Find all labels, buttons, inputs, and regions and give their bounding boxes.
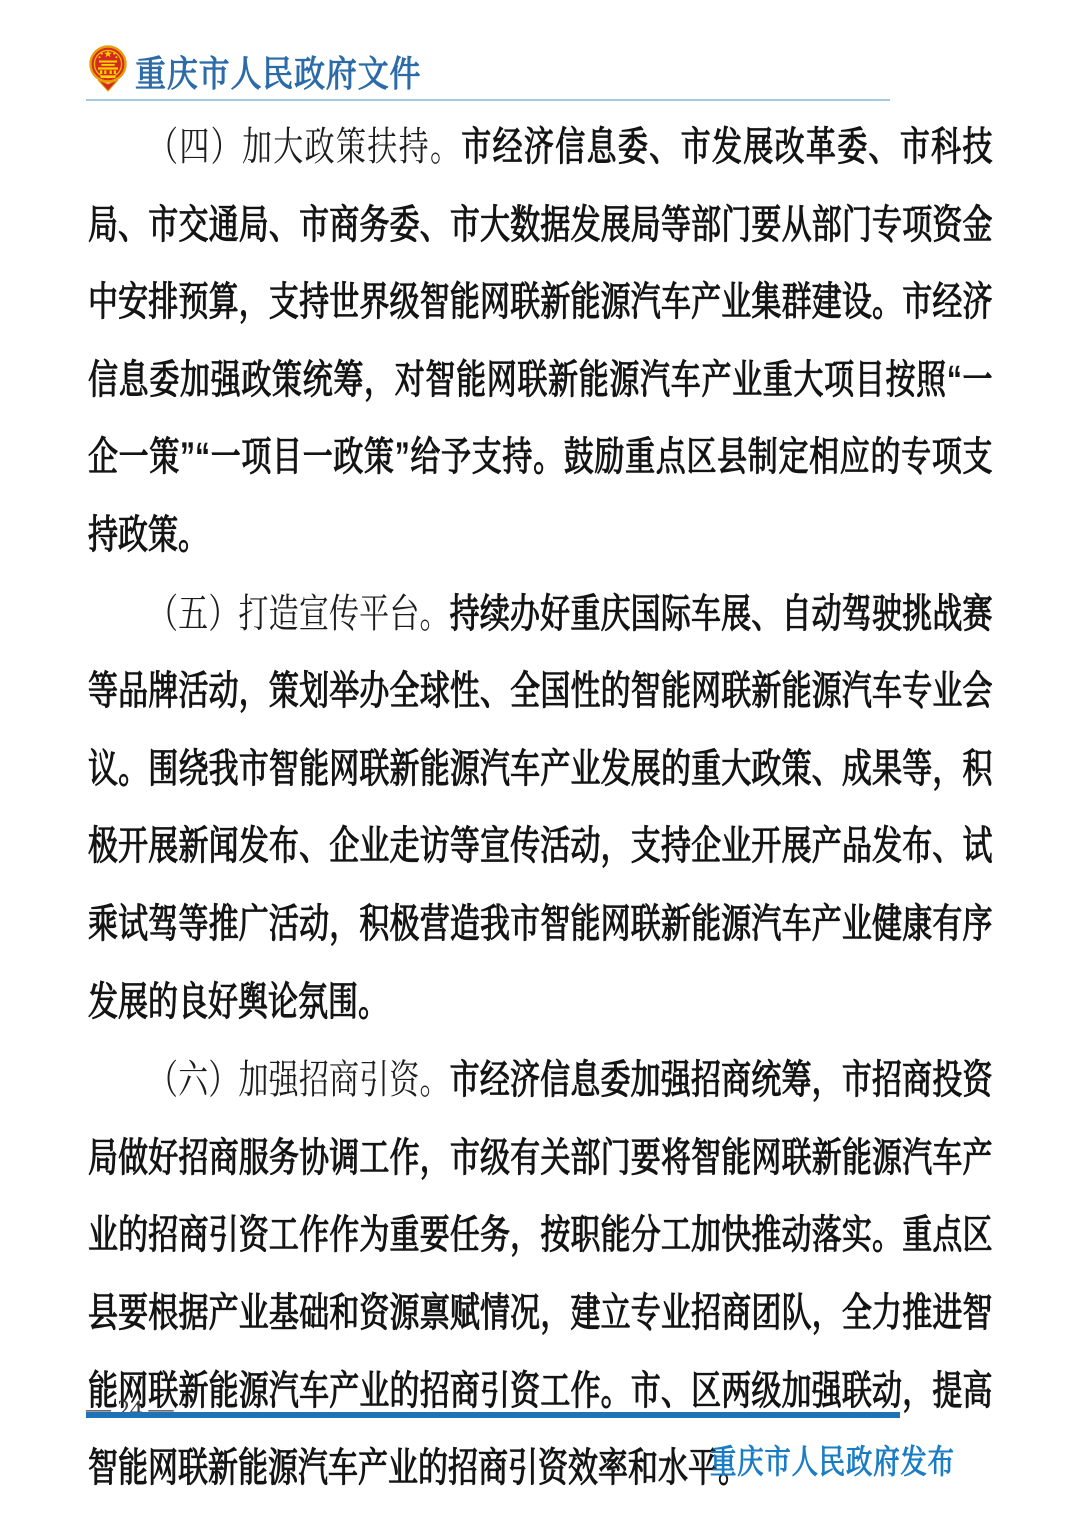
- paragraph-publicity-platform: （五）打造宣传平台。持续办好重庆国际车展、自动驾驶挑战赛等品牌活动，策划举办全球…: [88, 575, 993, 1042]
- paragraph-policy-support: （四）加大政策扶持。市经济信息委、市发展改革委、市科技局、市交通局、市商务委、市…: [88, 108, 993, 575]
- header-divider: [86, 99, 890, 101]
- paragraph-lead: （四）加大政策扶持。: [148, 124, 461, 169]
- paragraph-text: 市经济信息委、市发展改革委、市科技局、市交通局、市商务委、市大数据发展局等部门要…: [88, 125, 993, 557]
- header-brand: 重庆市人民政府文件: [88, 44, 468, 99]
- china-national-emblem-icon: [88, 44, 128, 99]
- paragraph-text: 持续办好重庆国际车展、自动驾驶挑战赛等品牌活动，策划举办全球性、全国性的智能网联…: [88, 592, 993, 1024]
- paragraph-lead: （五）打造宣传平台。: [148, 591, 450, 636]
- document-title: 重庆市人民政府文件: [135, 46, 421, 97]
- paragraph-lead: （六）加强招商引资。: [148, 1057, 450, 1102]
- page-number: — 24 —: [86, 1396, 174, 1424]
- paragraph-text: 市经济信息委加强招商统筹，市招商投资局做好招商服务协调工作，市级有关部门要将智能…: [88, 1058, 993, 1490]
- document-page: 重庆市人民政府文件 （四）加大政策扶持。市经济信息委、市发展改革委、市科技局、市…: [0, 0, 1080, 1527]
- footer-divider: [86, 1412, 900, 1418]
- publisher-label: 重庆市人民政府发布: [710, 1436, 955, 1483]
- document-body: （四）加大政策扶持。市经济信息委、市发展改革委、市科技局、市交通局、市商务委、市…: [88, 108, 993, 1508]
